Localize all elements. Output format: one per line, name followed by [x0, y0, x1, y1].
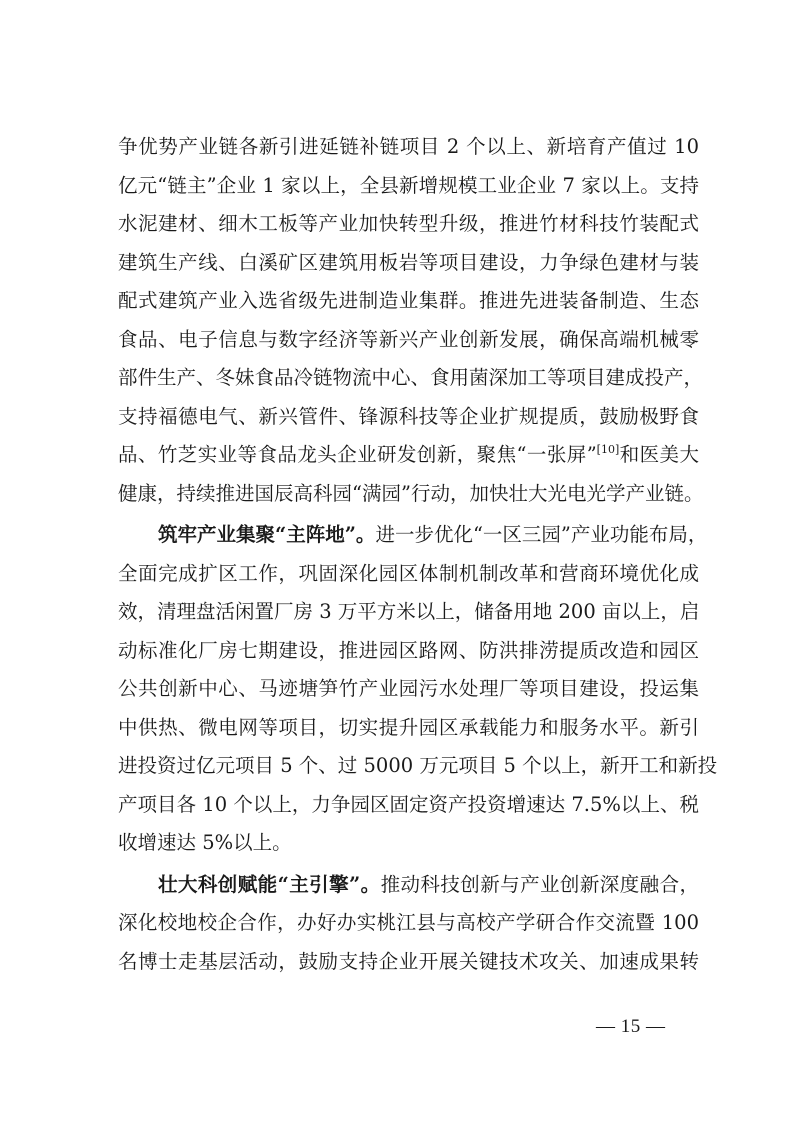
paragraph-heading: 壮大科创赋能“主引擎”。: [158, 873, 381, 896]
text-line: 效，清理盘活闲置厂房 3 万平方米以上，储备用地 200 亩以上，启: [118, 593, 699, 632]
document-page: 争优势产业链各新引进延链补链项目 2 个以上、新培育产值过 10 亿元“链主”企…: [0, 0, 793, 1122]
text-line: 公共创新中心、马迹塘笋竹产业园污水处理厂等项目建设，投运集: [118, 670, 699, 709]
body-text: 争优势产业链各新引进延链补链项目 2 个以上、新培育产值过 10 亿元“链主”企…: [118, 128, 699, 981]
text-line: 水泥建材、细木工板等产业加快转型升级，推进竹材科技竹装配式: [118, 205, 699, 244]
text-line: 进投资过亿元项目 5 个、过 5000 万元项目 5 个以上，新开工和新投: [118, 747, 699, 786]
text-line: 名博士走基层活动，鼓励支持企业开展关键技术攻关、加速成果转: [118, 943, 699, 982]
text-line: 全面完成扩区工作，巩固深化园区体制机制改革和营商环境优化成: [118, 555, 699, 594]
text-line: 建筑生产线、白溪矿区建筑用板岩等项目建设，力争绿色建材与装: [118, 244, 699, 283]
page-number: — 15 —: [596, 1016, 666, 1038]
text-line: 食品、电子信息与数字经济等新兴产业创新发展，确保高端机械零: [118, 321, 699, 360]
text-line: 产项目各 10 个以上，力争园区固定资产投资增速达 7.5%以上、税: [118, 786, 699, 825]
text-line: 部件生产、冬妹食品冷链物流中心、食用菌深加工等项目建成投产，: [118, 359, 699, 398]
text-line: 配式建筑产业入选省级先进制造业集群。推进先进装备制造、生态: [118, 282, 699, 321]
paragraph-tech-innovation: 壮大科创赋能“主引擎”。推动科技创新与产业创新深度融合， 深化校地校企合作，办好…: [118, 866, 699, 982]
text-line: 动标准化厂房七期建设，推进园区路网、防洪排涝提质改造和园区: [118, 632, 699, 671]
text-segment: 品、竹芝实业等食品龙头企业研发创新，聚焦“一张屏”: [118, 443, 597, 466]
text-segment: 和医美大: [619, 443, 699, 466]
paragraph-industrial-cluster: 筑牢产业集聚“主阵地”。进一步优化“一区三园”产业功能布局， 全面完成扩区工作，…: [118, 516, 699, 863]
text-line: 中供热、微电网等项目，切实提升园区承载能力和服务水平。新引: [118, 709, 699, 748]
text-line: 争优势产业链各新引进延链补链项目 2 个以上、新培育产值过 10: [118, 128, 699, 167]
text-line-with-heading: 壮大科创赋能“主引擎”。推动科技创新与产业创新深度融合，: [118, 866, 699, 905]
text-segment: 推动科技创新与产业创新深度融合，: [381, 873, 699, 896]
text-line: 支持福德电气、新兴管件、锋源科技等企业扩规提质，鼓励极野食: [118, 398, 699, 437]
text-line-with-heading: 筑牢产业集聚“主阵地”。进一步优化“一区三园”产业功能布局，: [118, 516, 699, 555]
footnote-reference[interactable]: [10]: [597, 443, 620, 456]
text-line: 健康，持续推进国辰高科园“满园”行动，加快壮大光电光学产业链。: [118, 475, 699, 514]
text-line-with-footnote: 品、竹芝实业等食品龙头企业研发创新，聚焦“一张屏”[10]和医美大: [118, 436, 699, 475]
paragraph-industry-chain: 争优势产业链各新引进延链补链项目 2 个以上、新培育产值过 10 亿元“链主”企…: [118, 128, 699, 513]
text-line: 收增速达 5%以上。: [118, 824, 699, 863]
text-line: 亿元“链主”企业 1 家以上，全县新增规模工业企业 7 家以上。支持: [118, 167, 699, 206]
paragraph-heading: 筑牢产业集聚“主阵地”。: [158, 523, 375, 546]
text-line: 深化校地校企合作，办好办实桃江县与高校产学研合作交流暨 100: [118, 904, 699, 943]
text-segment: 进一步优化“一区三园”产业功能布局，: [375, 523, 707, 546]
